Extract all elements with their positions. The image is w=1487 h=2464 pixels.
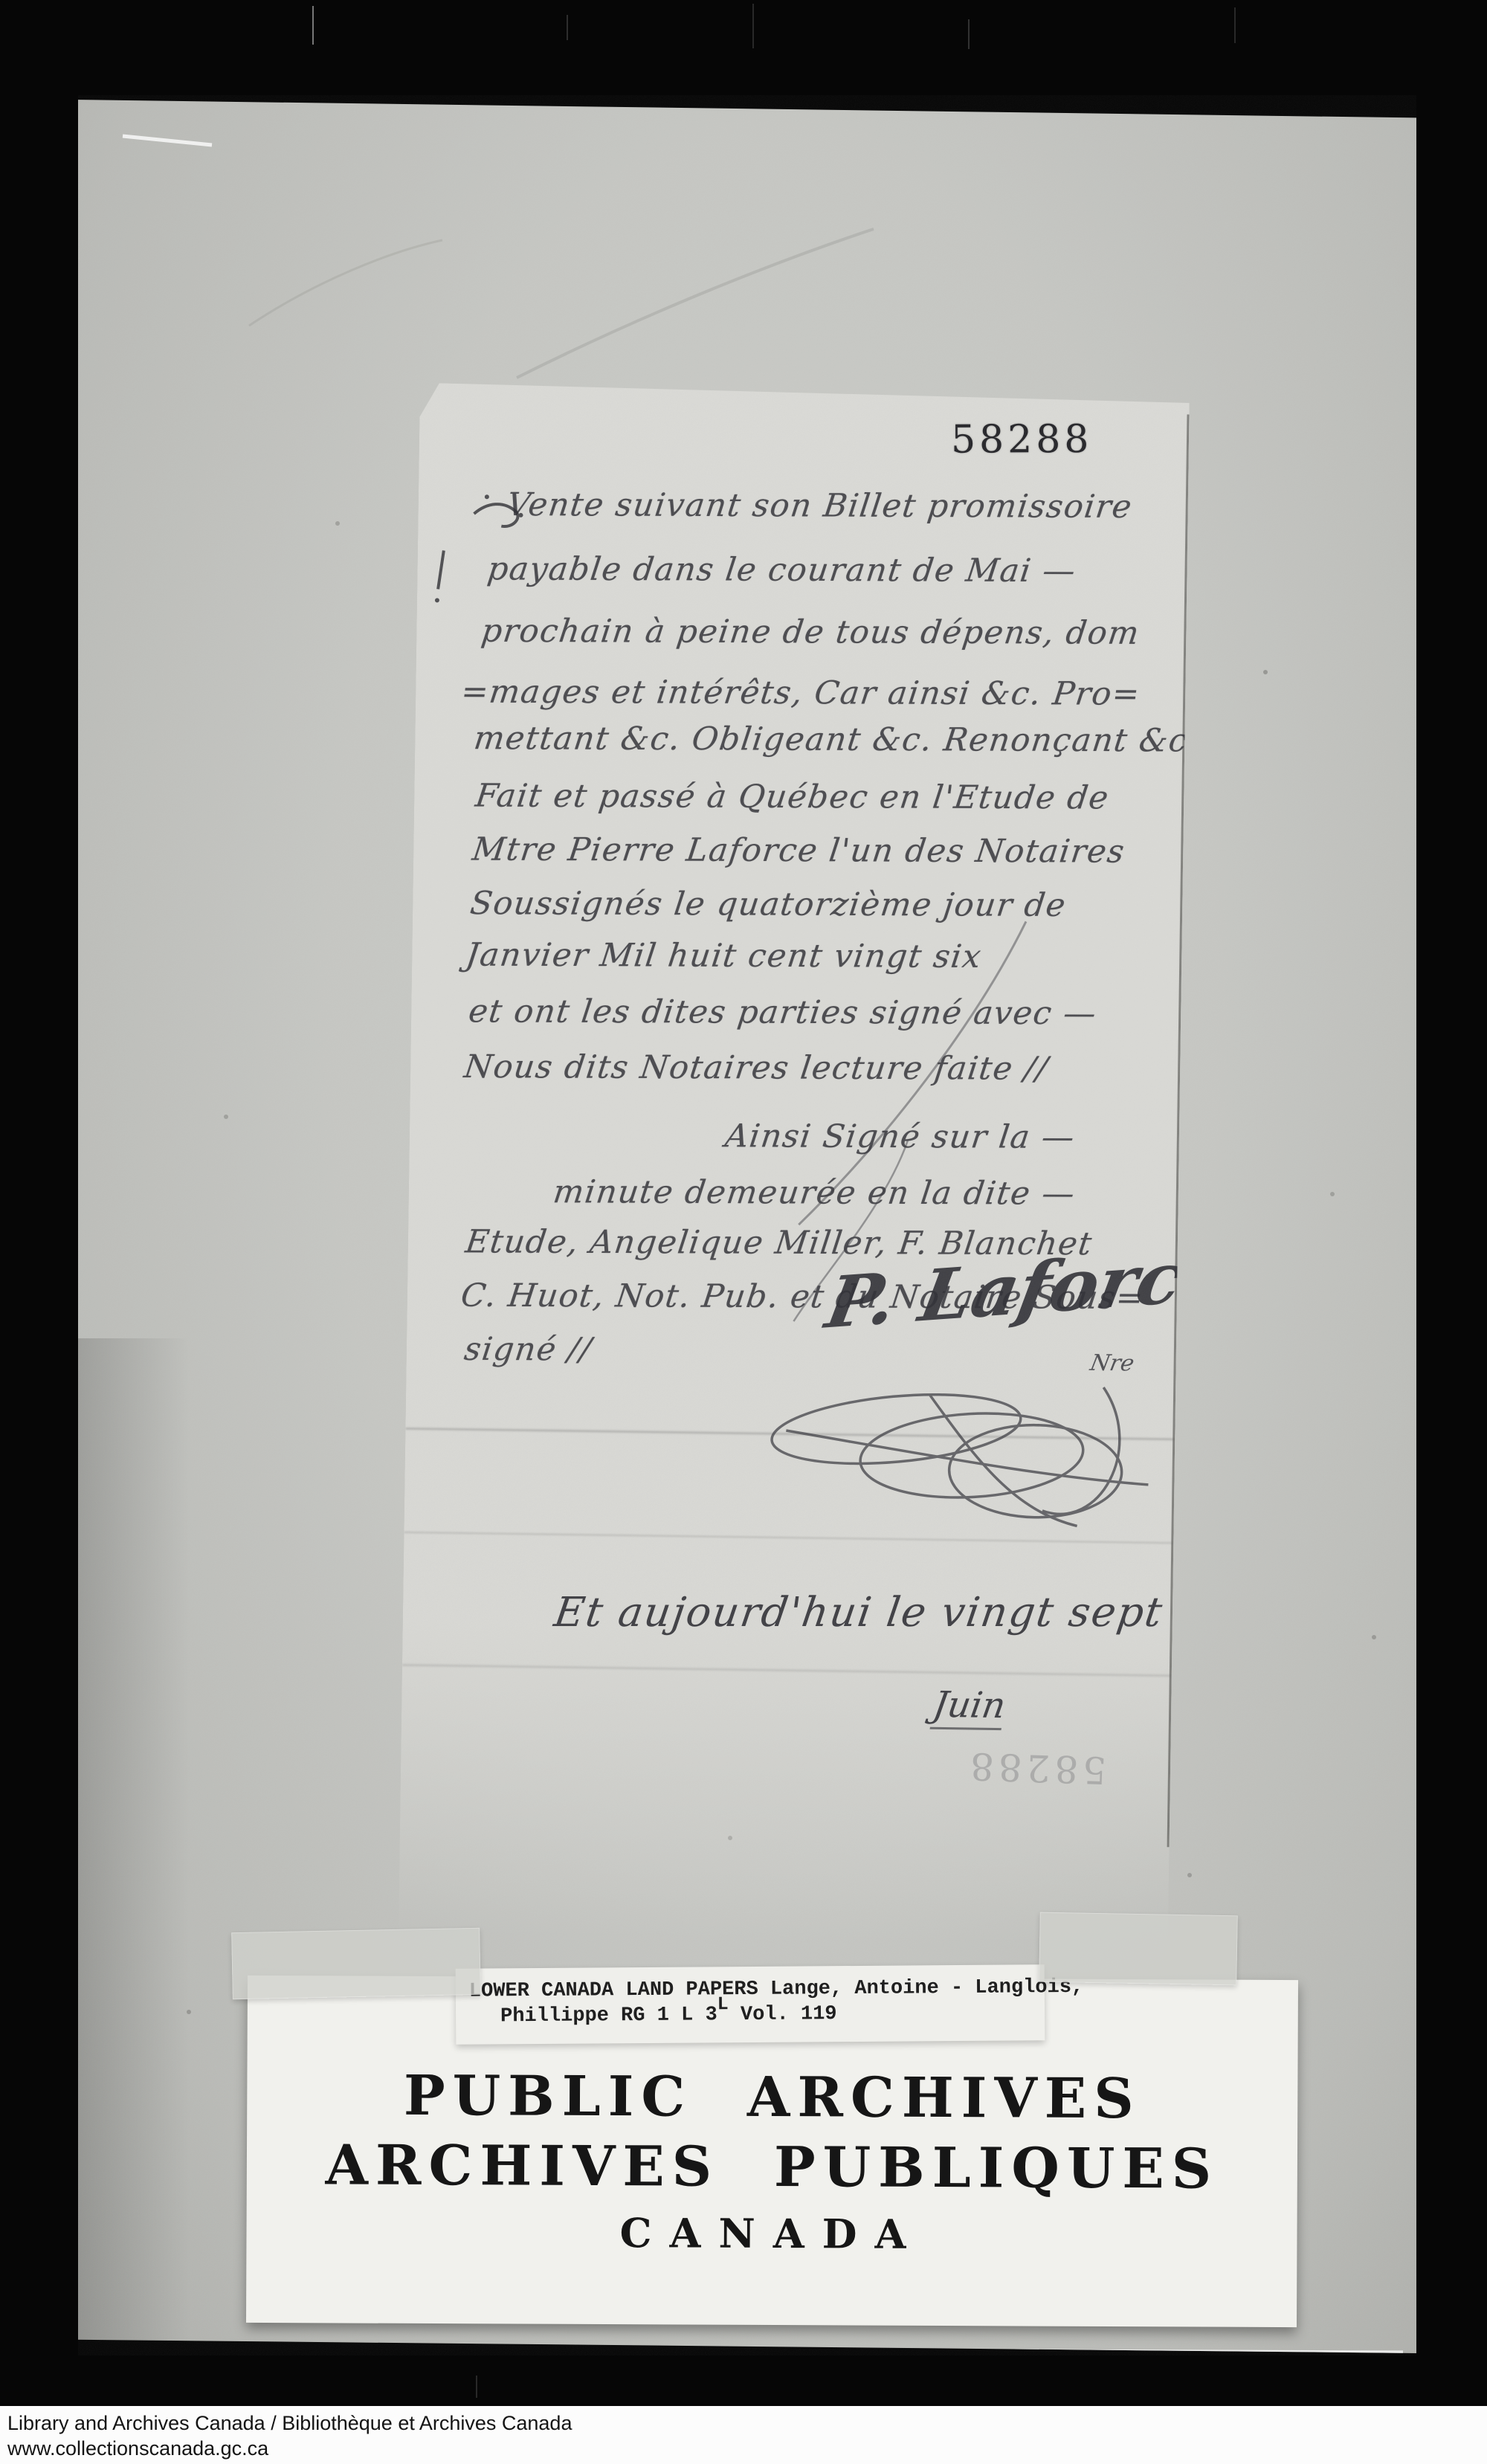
manuscript-line: signé // bbox=[462, 1331, 595, 1369]
fold-line bbox=[402, 1664, 1172, 1677]
backdrop-shadow bbox=[78, 1338, 190, 2355]
backdrop-edge-highlight bbox=[814, 2349, 1403, 2354]
manuscript-line: Fait et passé à Québec en l'Etude de bbox=[474, 778, 1112, 817]
dust-specks bbox=[0, 0, 3, 3]
film-scratch bbox=[476, 2376, 477, 2398]
film-scratch bbox=[1234, 7, 1236, 43]
stamp-number: 58288 bbox=[951, 417, 1093, 462]
closing-line: Et aujourd'hui le vingt sept de bbox=[552, 1588, 1235, 1636]
fold-line bbox=[404, 1532, 1173, 1544]
document-page: 58288 Vente suivant son Billet promissoi… bbox=[399, 383, 1190, 1944]
manuscript-line: Vente suivant son Billet promissoire bbox=[505, 486, 1135, 526]
fold-line bbox=[405, 1428, 1175, 1440]
typed-reference-label: LOWER CANADA LAND PAPERS Lange, Antoine … bbox=[456, 1964, 1045, 2045]
footer-banner: Library and Archives Canada / Bibliothèq… bbox=[0, 2406, 1487, 2464]
film-scratch bbox=[752, 4, 754, 48]
manuscript-line: =mages et intérêts, Car ainsi &c. Pro= bbox=[459, 674, 1142, 713]
bleedthrough-stamp-number: 58288 bbox=[965, 1744, 1107, 1792]
microfilm-frame: 58288 Vente suivant son Billet promissoi… bbox=[0, 0, 1487, 2464]
backdrop-edge-highlight bbox=[93, 96, 1401, 107]
manuscript-line: Mtre Pierre Laforce l'un des Notaires bbox=[471, 831, 1128, 871]
manuscript-line: minute demeurée en la dite — bbox=[551, 1173, 1077, 1212]
card-title-french: ARCHIVES PUBLIQUES bbox=[247, 2133, 1297, 2202]
tape-piece-right bbox=[1039, 1912, 1238, 1986]
manuscript-line: Soussignés le quatorzième jour de bbox=[468, 885, 1068, 924]
manuscript-line: payable dans le courant de Mai — bbox=[486, 550, 1078, 590]
film-scratch bbox=[567, 15, 568, 40]
typed-label-line1: LOWER CANADA LAND PAPERS Lange, Antoine … bbox=[469, 1975, 1045, 2004]
manuscript-line: Nous dits Notaires lecture faite // bbox=[462, 1048, 1051, 1088]
closing-month: Juin bbox=[929, 1684, 1008, 1730]
manuscript-line: prochain à peine de tous dépens, dom bbox=[480, 613, 1142, 652]
footer-url: www.collectionscanada.gc.ca bbox=[7, 2437, 268, 2460]
film-scratch bbox=[968, 19, 970, 49]
superscript-l: L bbox=[717, 1992, 729, 2017]
manuscript-line: Ainsi Signé sur la — bbox=[723, 1117, 1077, 1156]
tape-piece-left bbox=[231, 1928, 481, 1999]
manuscript-line: mettant &c. Obligeant &c. Renonçant &c. bbox=[472, 720, 1202, 759]
manuscript-line: Janvier Mil huit cent vingt six bbox=[464, 937, 984, 975]
film-scratch bbox=[312, 6, 314, 45]
card-title-english: PUBLIC ARCHIVES bbox=[247, 2063, 1297, 2132]
footer-institution: Library and Archives Canada / Bibliothèq… bbox=[7, 2412, 572, 2435]
card-title-canada: CANADA bbox=[246, 2207, 1297, 2260]
signature-suffix: Nre bbox=[1088, 1350, 1136, 1377]
manuscript-line: et ont les dites parties signé avec — bbox=[467, 993, 1100, 1032]
typed-label-line2: Phillippe RG 1 L 3L Vol. 119 bbox=[469, 2000, 1045, 2029]
